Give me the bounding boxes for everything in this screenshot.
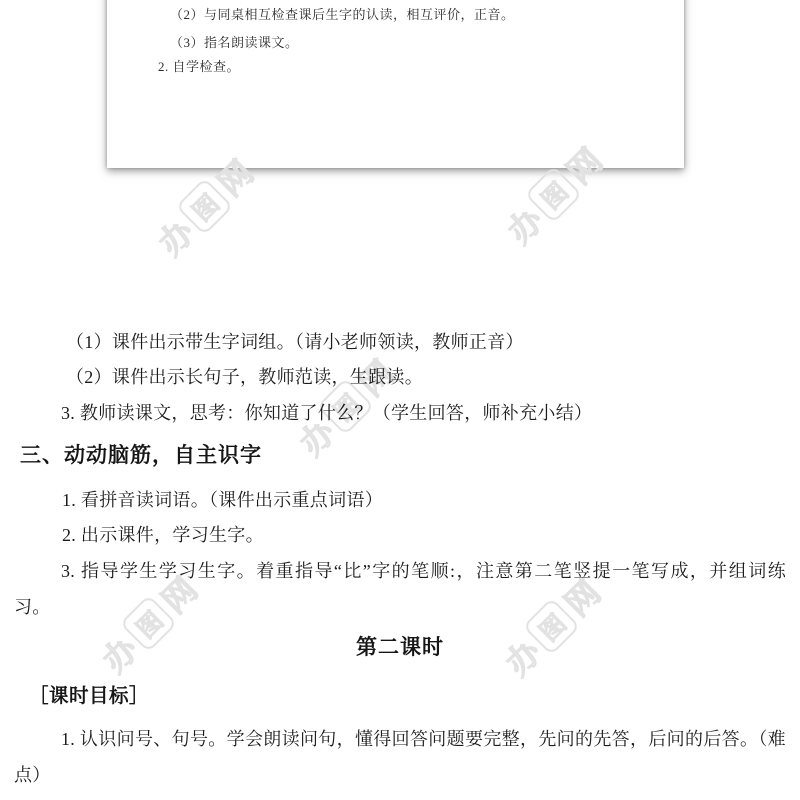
watermark-logo-icon: 图 [525,166,583,224]
doc-line: （2）课件出示长句子，教师范读，生跟读。 [66,366,423,388]
doc-line: 2. 出示课件，学习生字。 [62,524,264,546]
section-heading: 三、动动脑筋，自主识字 [20,445,262,467]
document-preview-page: { "watermark": { "char_left": "办", "char… [0,0,800,800]
doc-line: 点） [14,764,51,786]
watermark: 办 图 网 [91,566,207,682]
card-text-line: （2）与同桌相互检查课后生字的认读，相互评价，正音。 [170,7,515,23]
lesson-period-heading: 第二课时 [0,637,800,659]
doc-line: 习。 [14,596,51,618]
watermark: 办 图 网 [494,569,610,685]
watermark-logo-icon: 图 [176,178,234,236]
doc-line-justified: 1. 认识问号、句号。学会朗读问句，懂得回答问题要完整，先问的先答，后问的后答。… [14,728,786,750]
page-preview-card: （2）与同桌相互检查课后生字的认读，相互评价，正音。 （3）指名朗读课文。 2.… [107,0,684,168]
doc-line: 1. 看拼音读词语。（课件出示重点词语） [62,489,383,511]
doc-line-justified: 3. 指导学生学习生字。着重指导“比”字的笔顺:，注意第二笔竖提一笔写成，并组词… [14,560,786,582]
watermark-char: 办 [496,196,553,253]
card-text-line: 2. 自学检查。 [158,59,240,75]
goal-heading: ［课时目标］ [29,685,149,707]
watermark-char: 办 [147,208,204,265]
card-text-line: （3）指名朗读课文。 [170,35,299,51]
doc-line: （1）课件出示带生字词组。（请小老师领读，教师正音） [66,331,524,353]
doc-line: 3. 教师读课文，思考：你知道了什么？（学生回答，师补充小结） [61,402,592,424]
